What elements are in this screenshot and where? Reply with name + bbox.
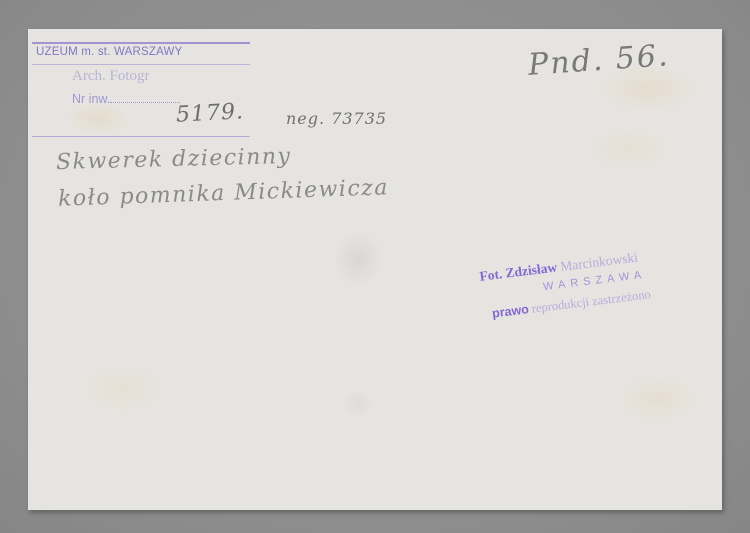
museum-stamp-title: UZEUM m. st. WARSZAWY bbox=[36, 46, 182, 58]
handwritten-caption-line-1: Skwerek dziecinny bbox=[56, 144, 292, 175]
inventory-label: Nr inw. bbox=[72, 92, 110, 106]
negative-number: neg. 73735 bbox=[286, 109, 387, 128]
inventory-dotted-line bbox=[110, 102, 180, 103]
photo-card-verso: UZEUM m. st. WARSZAWY Arch. Fotogr Nr in… bbox=[28, 29, 722, 510]
copyright-notice: prawo reprodukcji zastrzeżono bbox=[491, 287, 651, 321]
copyright-notice-bold: prawo bbox=[491, 302, 529, 320]
inventory-number: 5179. bbox=[175, 99, 244, 128]
stamp-divider bbox=[32, 64, 250, 65]
museum-stamp-subtitle: Arch. Fotogr bbox=[72, 68, 150, 85]
reference-number: Pnd. 56. bbox=[527, 38, 671, 83]
handwritten-caption-line-2: koło pomnika Mickiewicza bbox=[58, 175, 390, 212]
